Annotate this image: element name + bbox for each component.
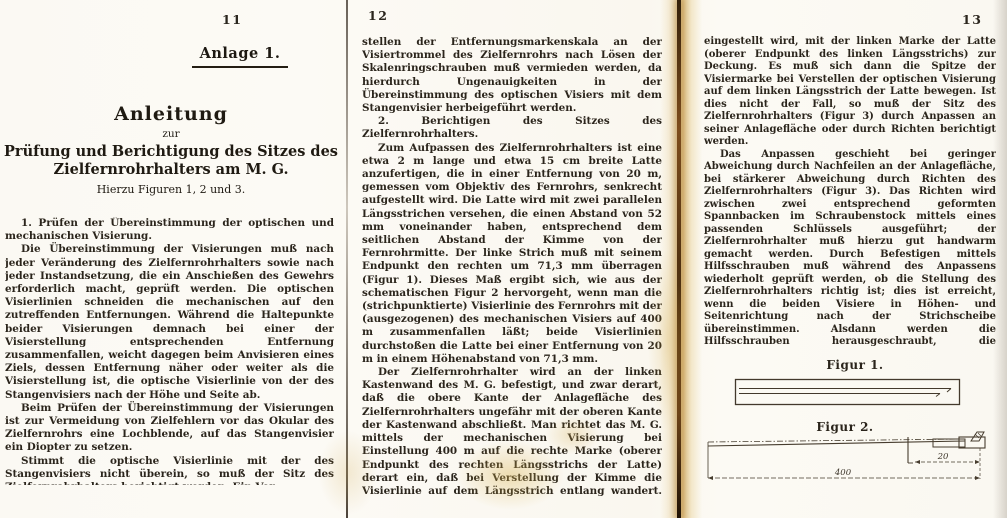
page-11-text-column: 1. Prüfen der Übereinstimmung der optisc… [5,217,334,485]
doc-subtitle-zur: zur [0,128,342,140]
dim-400-arrow-right [975,476,980,480]
figure2-drawing: 20 400 [703,430,999,494]
paragraph: Die Übereinstimmung der Visierungen muß … [5,243,334,401]
doc-title: Anleitung [0,103,342,125]
dim-label-20: 20 [937,452,949,462]
document-heading: Anleitung zur Prüfung und Berichtigung d… [0,103,342,196]
paragraph: eingestellt wird, mit der linken Marke d… [704,36,996,149]
paragraph: Stimmt die optische Visierlinie mit der … [5,455,334,485]
dim-20-arrow-right [975,460,980,464]
figure1-drawing [734,378,962,407]
laengsstrich-left-end-tick [947,389,951,393]
page-12-text-column: stellen der Entfernungsmarkenskala an de… [362,36,662,496]
latte-rectangle [736,380,960,405]
hatch-stroke [978,433,981,436]
dim-label-400: 400 [834,468,852,478]
center-fold-line [677,0,681,518]
left-gutter-fold [346,0,348,518]
center-fold-stain-band [660,0,702,518]
paragraph: Der Zielfernrohrhalter wird an der linke… [362,366,662,496]
paragraph: Das Anpassen geschieht bei geringer Abwe… [704,149,996,349]
book-scan: 11 Anlage 1. Anleitung zur Prüfung und B… [0,0,1007,518]
paragraph: stellen der Entfernungsmarkenskala an de… [362,36,662,115]
paragraph: 1. Prüfen der Übereinstimmung der optisc… [5,217,334,243]
figure1-caption: Figur 1. [760,358,950,372]
page-13-text-column: eingestellt wird, mit der linken Marke d… [704,36,996,348]
page-number-13: 13 [962,12,982,27]
paragraph: 2. Berichtigen des Sitzes des Zielfernro… [362,115,662,141]
right-page-edge-shadow [993,0,1007,518]
page-number-12: 12 [368,8,388,23]
doc-title-line1: Prüfung und Berichtigung des Sitzes des [0,143,342,161]
dim-400-arrow-left [708,476,713,480]
doc-title-line2: Zielfernrohrhalters am M. G. [0,161,342,179]
paragraph: Zum Aufpassen des Zielfernrohrhalters is… [362,142,662,366]
rear-sight-block [933,439,965,447]
paragraph: Beim Prüfen der Übereinstimmung der Visi… [5,402,334,455]
figures-note: Hierzu Figuren 1, 2 und 3. [0,183,342,196]
dim-20-arrow-left [915,460,920,464]
page-number-11: 11 [222,12,242,27]
annex-label: Anlage 1. [192,45,288,68]
